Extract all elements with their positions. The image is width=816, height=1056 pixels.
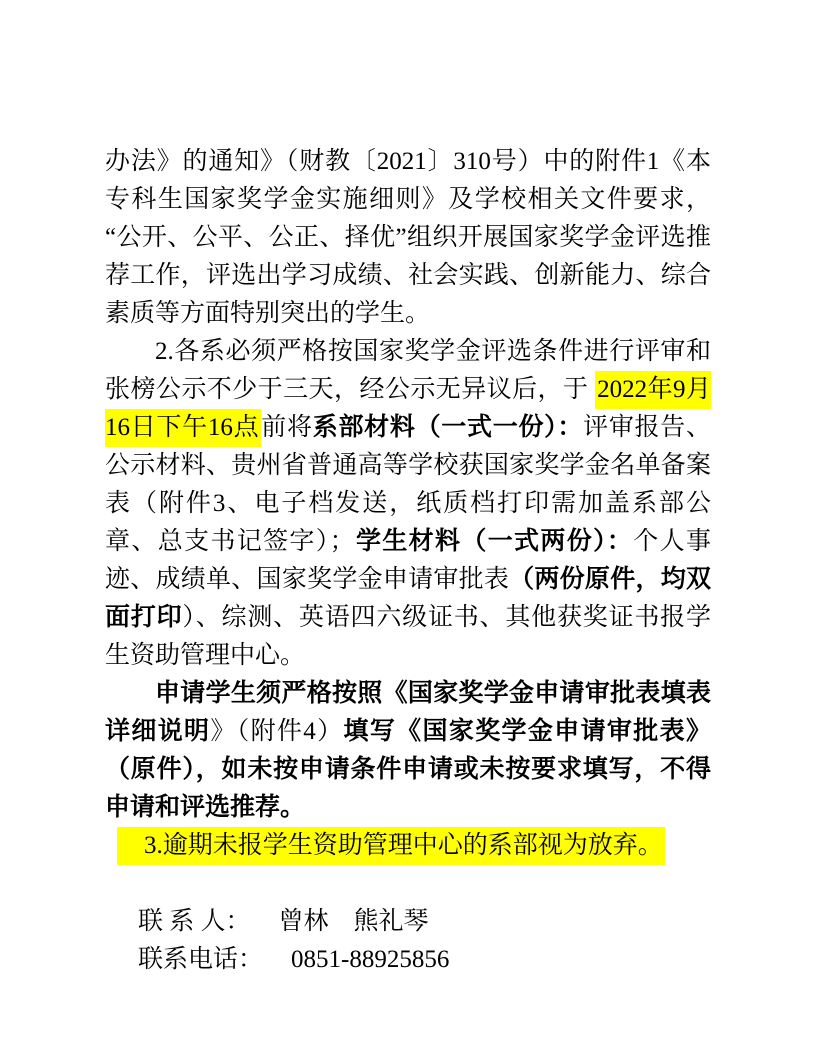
paragraph-application-rules: 申请学生须严格按照《国家奖学金申请审批表填表详细说明》（附件4）填写《国家奖学金… <box>105 675 711 827</box>
contact-person-names: 曾林 熊礼琴 <box>279 908 429 935</box>
contact-block: 联 系 人：曾林 熊礼琴 联系电话：0851-88925856 <box>105 903 711 979</box>
text-run: 》（附件4） <box>210 718 343 745</box>
contact-phone-number: 0851-88925856 <box>291 946 449 973</box>
paragraph-item-3: 3.逾期未报学生资助管理中心的系部视为放弃。 <box>105 827 711 865</box>
document-page: 办法》的通知》（财教〔2021〕310号）中的附件1《本专科生国家奖学金实施细则… <box>0 0 816 1056</box>
paragraph-item-2: 2.各系必须严格按国家奖学金评选条件进行评审和张榜公示不少于三天，经公示无异议后… <box>105 333 711 675</box>
text-run: 办法》的通知》（财教〔2021〕310号）中的附件1《本专科生国家奖学金实施细则… <box>105 148 711 327</box>
bold-student-materials-label: 学生材料（一式两份）： <box>355 528 634 555</box>
document-body: 办法》的通知》（财教〔2021〕310号）中的附件1《本专科生国家奖学金实施细则… <box>105 143 711 979</box>
contact-person-label: 联 系 人： <box>138 908 251 935</box>
contact-phone-label: 联系电话： <box>138 946 263 973</box>
bold-dept-materials-label: 系部材料（一式一份）： <box>313 414 583 441</box>
paragraph-continuation: 办法》的通知》（财教〔2021〕310号）中的附件1《本专科生国家奖学金实施细则… <box>105 143 711 333</box>
text-run: 前将 <box>261 414 312 441</box>
contact-person-line: 联 系 人：曾林 熊礼琴 <box>105 903 711 941</box>
text-run: ）、综测、英语四六级证书、其他获奖证书报学生资助管理中心。 <box>105 604 711 669</box>
highlight-overdue-notice: 3.逾期未报学生资助管理中心的系部视为放弃。 <box>117 827 665 865</box>
contact-phone-line: 联系电话：0851-88925856 <box>105 941 711 979</box>
